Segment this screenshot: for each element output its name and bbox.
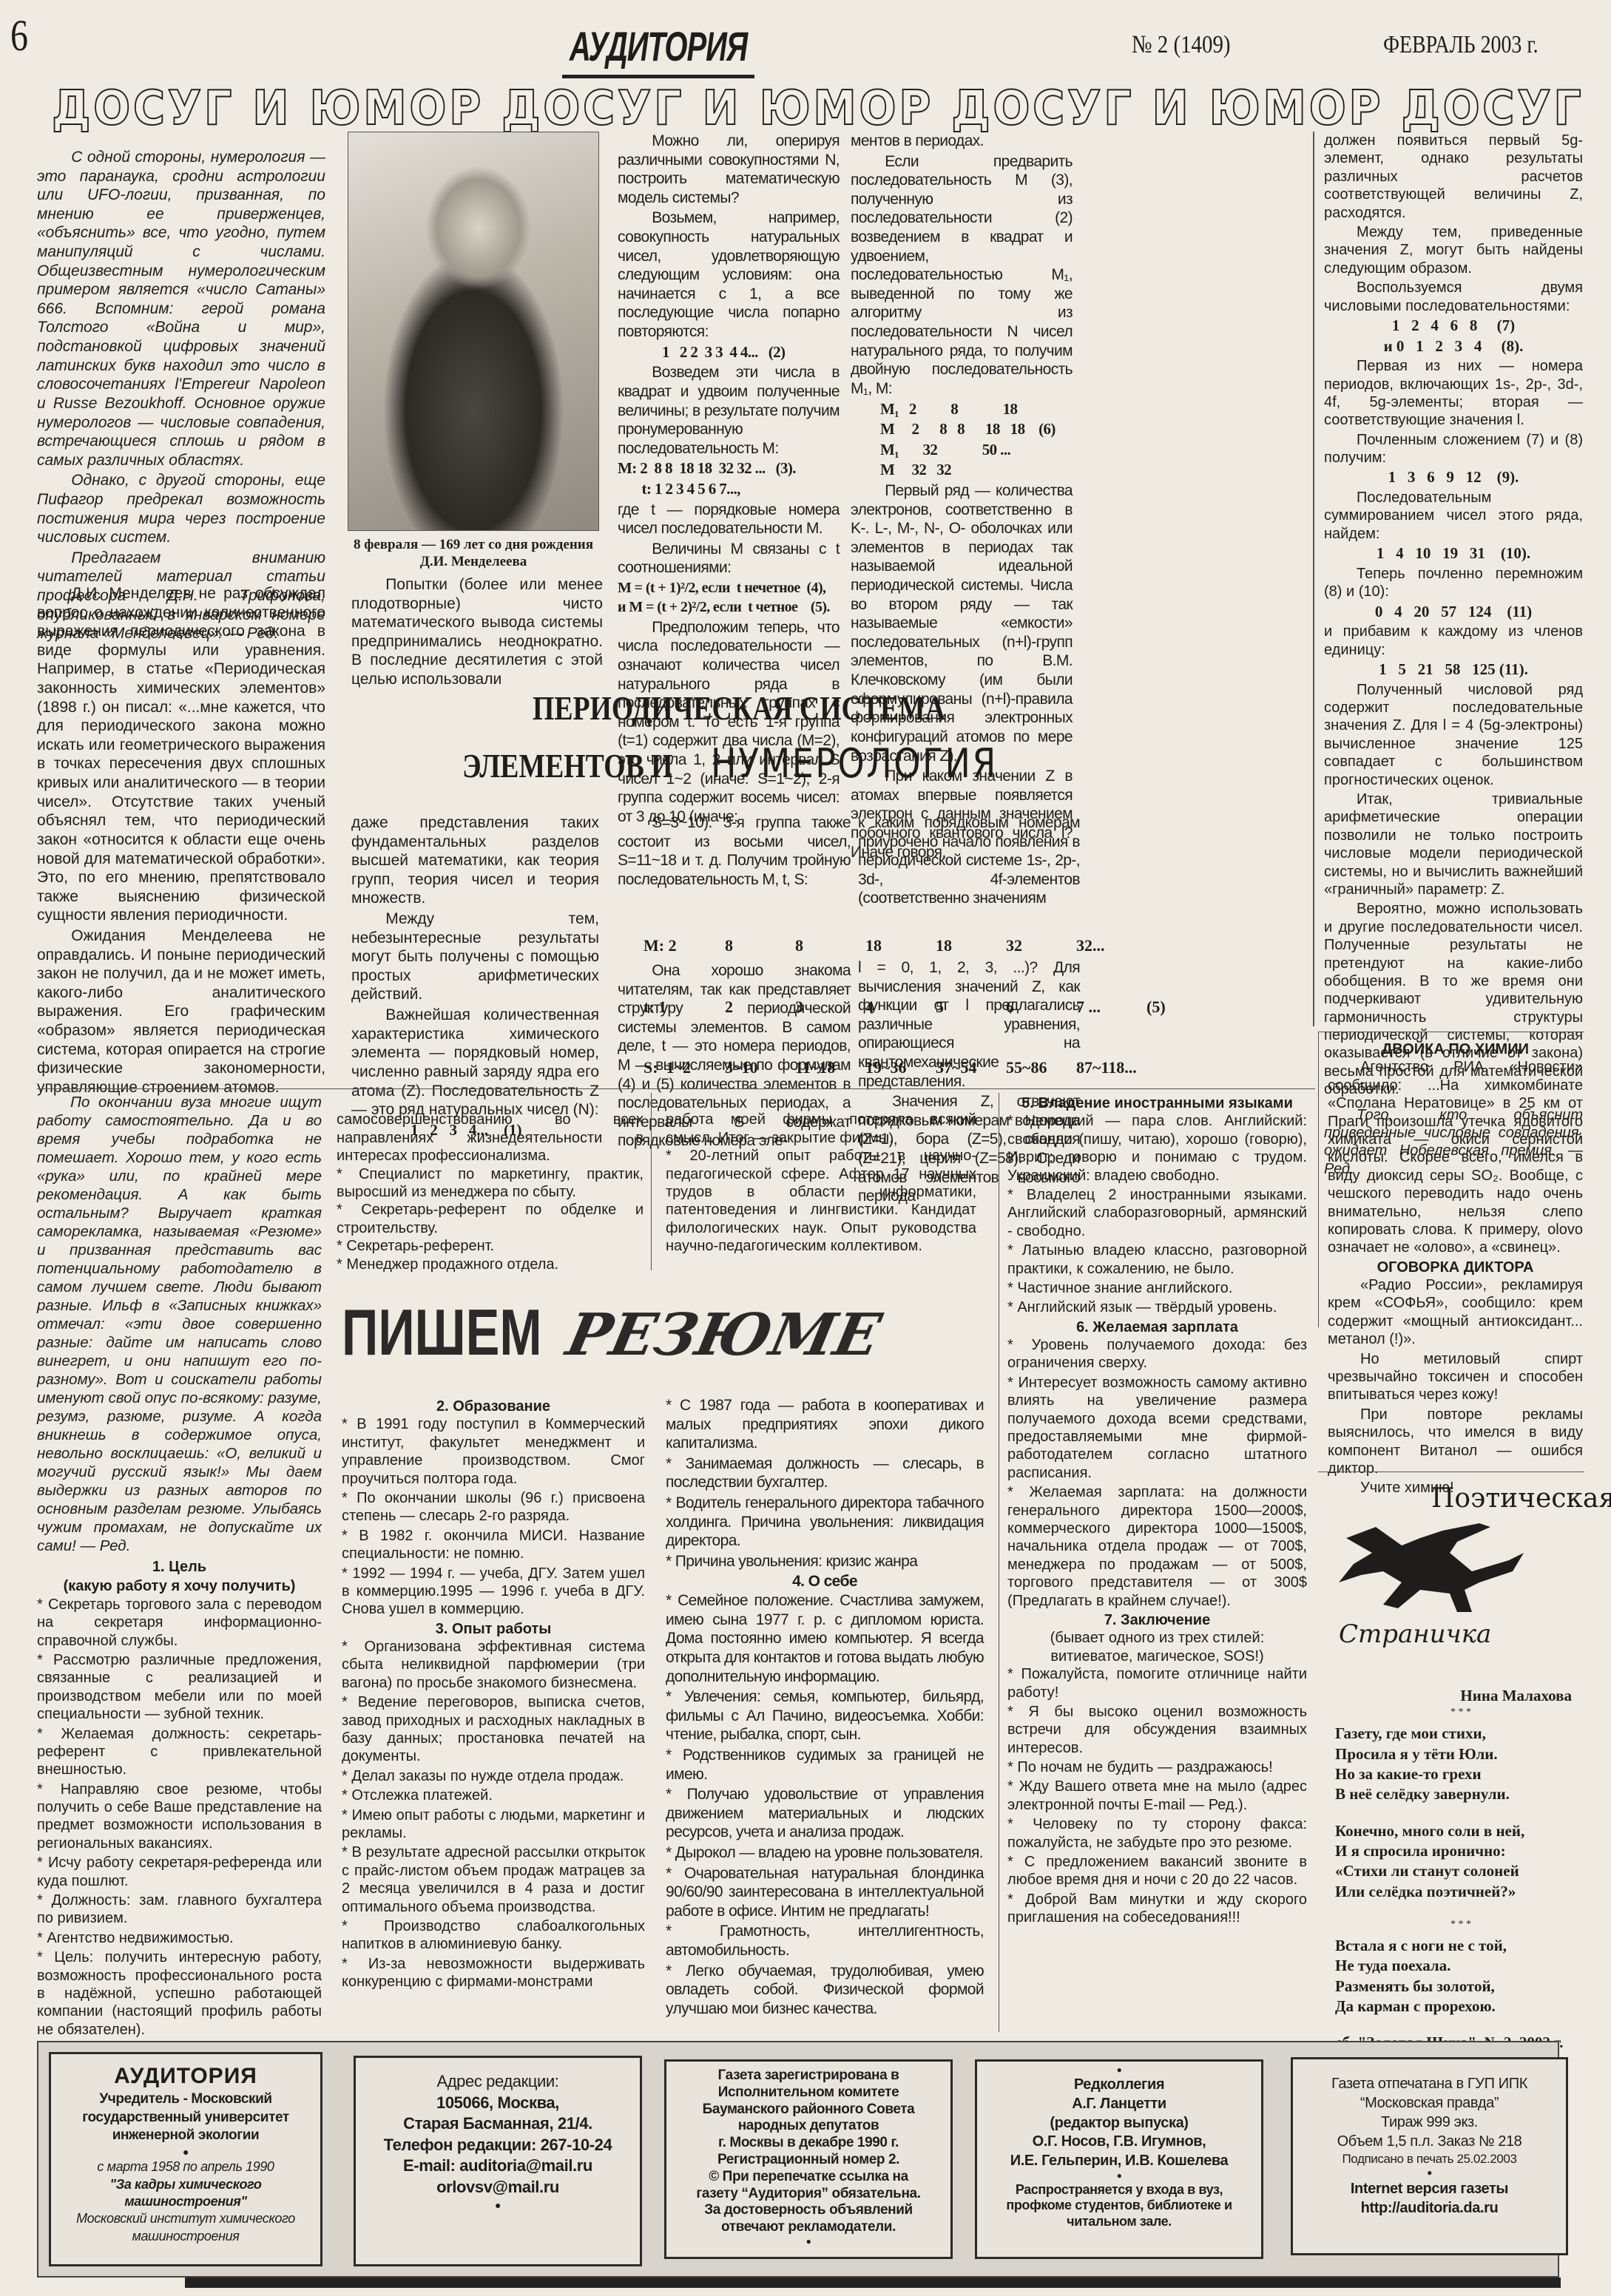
paragraph: Между тем, небезынтересные результаты мо…	[351, 910, 599, 1004]
paragraph: где t — порядковые номера чисел последов…	[618, 501, 840, 538]
cell: 8	[795, 935, 865, 956]
registration-line: г. Москвы в декабре 1990 г.	[671, 2135, 946, 2152]
resume-top-strip-col2: самосовершенствованию во всех направлени…	[337, 1093, 644, 1293]
list-item: * Из-за невозможности выдерживать конкур…	[342, 1955, 645, 1991]
list-item: * Ведение переговоров, выписка счетов, з…	[342, 1693, 645, 1766]
registration-line: отвечают рекламодатели.	[671, 2219, 946, 2236]
poem: Нина Малахова * * * Газету, где мои стих…	[1335, 1686, 1587, 2053]
list-item: * Организована эффективная система сбыта…	[342, 1638, 645, 1692]
list-item: * По окончании школы (96 г.) присвоена с…	[342, 1489, 645, 1525]
cell: (5)	[1146, 997, 1191, 1017]
resume-col-4: 5. Владение иностранными языками * Немец…	[1007, 1093, 1307, 1928]
bullet-dot: ●	[982, 2170, 1257, 2181]
paragraph: Д.И. Менделеев не раз обсуждал вопрос о …	[37, 584, 325, 925]
sidebar-title: ДВОЙКА ПО ХИМИИ	[1328, 1040, 1583, 1058]
paragraph: «Радио России», рекламируя крем «СОФЬЯ»,…	[1328, 1276, 1583, 1349]
list-item: * Дырокол — владею на уровне пользовател…	[666, 1843, 984, 1863]
under-photo-text: Попытки (более или менее плодотворные) ч…	[351, 575, 603, 691]
section-title: 7. Заключение	[1007, 1611, 1307, 1629]
address-street: Старая Басманная, 21/4.	[360, 2113, 635, 2135]
list-item: * С предложением вакансий звоните в любо…	[1007, 1853, 1307, 1889]
sidebar-divider	[1318, 1472, 1584, 1472]
paragraph: к каким порядковым номерам приурочено на…	[858, 813, 1080, 908]
poem-line: Но за какие-то грехи	[1335, 1764, 1587, 1784]
paragraph: Воспользуемся двумя числовыми последоват…	[1324, 279, 1583, 315]
cell: 18	[936, 935, 1006, 956]
paragraph: Полученный числовой ряд содержит последо…	[1324, 681, 1583, 789]
poetry-logo-text: Страничка	[1339, 1619, 1491, 1649]
article-lower-col-4: к каким порядковым номерам приурочено на…	[858, 813, 1080, 910]
distribution-note: Распространяется у входа в вуз, профкоме…	[982, 2182, 1257, 2230]
list-item: * Пожалуйста, помогите отличнице найти р…	[1007, 1665, 1307, 1701]
printer-name: “Московская правда”	[1297, 2093, 1561, 2113]
list-item: * Я бы высоко оценил возможность встречи…	[1007, 1703, 1307, 1757]
article-headline-line1: ПЕРИОДИЧЕСКАЯ СИСТЕМА	[533, 688, 945, 729]
section-title: 2. Образование	[342, 1398, 645, 1415]
registration-line: Регистрационный номер 2.	[671, 2152, 946, 2169]
volume-order: Объем 1,5 п.л. Заказ № 218	[1297, 2132, 1561, 2151]
headline-handwritten: НУМЕРОЛОГИЯ	[711, 739, 998, 788]
list-item: * Частичное знание английского.	[1007, 1279, 1307, 1297]
list-item: * Имею опыт работы с людьми, маркетинг и…	[342, 1806, 645, 1843]
formula-8: и 0 1 2 3 4 (8).	[1324, 337, 1583, 356]
circulation: Тираж 999 экз.	[1297, 2113, 1561, 2132]
resume-divider	[999, 1093, 999, 2032]
website-link[interactable]: http://auditoria.da.ru	[1297, 2198, 1561, 2218]
registration-line: газету “Аудитория” обязательна.	[671, 2186, 946, 2203]
paragraph: Теперь почленно перемножим (8) и (10):	[1324, 565, 1583, 601]
headline-part: ЭЛЕМЕНТОВ И	[462, 745, 663, 787]
poem-line: Встала я с ноги не с той,	[1335, 1936, 1587, 1956]
paragraph: ментов в периодах.	[851, 132, 1073, 151]
list-item: * Родственников судимых за границей не и…	[666, 1746, 984, 1784]
column-divider	[1313, 132, 1314, 1026]
list-item: * Секретарь торгового зала с переводом н…	[37, 1596, 322, 1650]
article-column-1: Д.И. Менделеев не раз обсуждал вопрос о …	[37, 584, 325, 1098]
internet-label: Internet версия газеты	[1297, 2179, 1561, 2198]
paragraph: Возьмем, например, совокупность натураль…	[618, 209, 840, 341]
registration-line: За достоверность объявлений	[671, 2202, 946, 2219]
cell: 87~118...	[1076, 1057, 1165, 1078]
board-editor: А.Г. Ланцетти	[982, 2095, 1257, 2114]
paragraph: Можно ли, оперируя различными совокупнос…	[618, 132, 840, 207]
formula-6-row: M₁ 32 50 ...	[851, 441, 1073, 460]
editorial-email-link[interactable]: E-mail: auditoria@mail.ru	[360, 2156, 635, 2177]
section-title: 4. О себе	[666, 1572, 984, 1591]
section-title: 3. Опыт работы	[342, 1620, 645, 1638]
list-item: * Получаю удовольствие от управления дви…	[666, 1785, 984, 1842]
board-members: И.Е. Гельперин, И.В. Кошелева	[982, 2152, 1257, 2171]
editorial-email-link[interactable]: orlovsv@mail.ru	[360, 2177, 635, 2198]
list-item: * В 1991 году поступил в Коммерческий ин…	[342, 1415, 645, 1488]
printed-by: Газета отпечатана в ГУП ИПК	[1297, 2074, 1561, 2093]
bullet-dot: ●	[360, 2198, 635, 2212]
registration-line: Бауманского районного Совета	[671, 2102, 946, 2119]
article-column-5: должен появиться первый 5g-элемент, одна…	[1324, 132, 1583, 1179]
paragraph: самосовершенствованию во всех направлени…	[337, 1111, 644, 1273]
paragraph: Попытки (более или менее плодотворные) ч…	[351, 575, 603, 689]
list-item: * Уровень получаемого дохода: без ограни…	[1007, 1336, 1307, 1372]
formula-11: 0 4 20 57 124 (11)	[1324, 603, 1583, 622]
logo-text: АУДИТОРИЯ	[562, 22, 754, 72]
sidebar-title: ОГОВОРКА ДИКТОРА	[1328, 1259, 1583, 1276]
list-item: * Легко обучаемая, трудолюбивая, умею ов…	[666, 1962, 984, 2019]
poem-line: Просила я у тёти Юли.	[1335, 1744, 1587, 1764]
poem-line: Конечно, много соли в ней,	[1335, 1821, 1587, 1841]
paragraph: работа моей фирмы потеряла всякий смысл.…	[666, 1111, 976, 1255]
paragraph: Между тем, приведенные значения Z, могут…	[1324, 223, 1583, 277]
list-item: * По ночам не будить — раздражаюсь!	[1007, 1758, 1307, 1776]
bullet-dot: ●	[671, 2236, 946, 2246]
issue-number: № 2 (1409)	[1132, 30, 1231, 60]
board-label: Редколлегия	[982, 2076, 1257, 2095]
article-headline-line2: ЭЛЕМЕНТОВ И НУМЕРОЛОГИЯ	[462, 739, 1048, 788]
poem-line: Разменять бы золотой,	[1335, 1977, 1587, 1997]
formula-3: М: 2 8 8 18 18 32 32 ... (3).	[618, 459, 840, 478]
cell: 32...	[1076, 935, 1146, 956]
list-item: * Водитель генерального директора табачн…	[666, 1494, 984, 1551]
poetry-logo: Поэтическая Страничка	[1331, 1479, 1590, 1656]
paragraph: Последовательным суммированием чисел это…	[1324, 489, 1583, 543]
list-item: * Отслежка платежей.	[342, 1787, 645, 1804]
cell: 7 ...	[1076, 997, 1146, 1017]
formula-3-index: t: 1 2 3 4 5 6 7...,	[618, 480, 840, 499]
poem-author: Нина Малахова	[1335, 1686, 1587, 1706]
formula-9: 1 3 6 9 12 (9).	[1324, 468, 1583, 487]
list-item: * С 1987 года — работа в кооперативах и …	[666, 1396, 984, 1453]
formula-11b: 1 5 21 58 125 (11).	[1324, 660, 1583, 680]
list-item: * Очаровательная натуральная блондинка 9…	[666, 1864, 984, 1921]
list-item: * Делал заказы по нужде отдела продаж.	[342, 1767, 645, 1785]
list-item: * Латынью владею классно, разговорной пр…	[1007, 1242, 1307, 1278]
chemistry-sidebar-text: ДВОЙКА ПО ХИМИИ Агентство РИА «Новости» …	[1328, 1039, 1583, 1499]
formula-2: 1 2 2 3 3 4 4... (2)	[618, 343, 840, 362]
poem-line: И я спросила иронично:	[1335, 1841, 1587, 1861]
board-editor-role: (редактор выпуска)	[982, 2114, 1257, 2133]
list-item: * Грамотность, интеллигентность, автомоб…	[666, 1922, 984, 1960]
editorial-phone: Телефон редакции: 267-10-24	[360, 2135, 635, 2156]
imprint-former-name: "За кадры химического машиностроения"	[55, 2176, 316, 2211]
registration-line: Газета зарегистрирована в	[671, 2068, 946, 2085]
address-label: Адрес редакции:	[360, 2071, 635, 2093]
section-title: 6. Желаемая зарплата	[1007, 1318, 1307, 1336]
newspaper-logo: АУДИТОРИЯ	[562, 22, 754, 78]
intro-paragraph: Однако, с другой стороны, еще Пифагор пр…	[37, 471, 325, 546]
paragraph: l = 0, 1, 2, 3, ...)? Для вычисления зна…	[858, 958, 1080, 1091]
list-item: * В результате адресной рассылки открыто…	[342, 1843, 645, 1916]
seq-row-M: M: 2 8 8 18 18 32 32...	[644, 935, 1191, 956]
board-members: О.Г. Носов, Г.В. Игумнов,	[982, 2133, 1257, 2152]
formula-7: 1 2 4 6 8 (7)	[1324, 316, 1583, 336]
paragraph: даже представления таких фундаментальных…	[351, 813, 599, 908]
imprint-box-address: Адрес редакции: 105066, Москва, Старая Б…	[354, 2056, 642, 2266]
poem-line: Да карман с прорехою.	[1335, 1997, 1587, 2016]
paragraph: Если предварить последовательность М (3)…	[851, 152, 1073, 399]
list-item: * 1992 — 1994 г. — учеба, ДГУ. Затем уше…	[342, 1565, 645, 1619]
cell: 8	[725, 935, 795, 956]
paragraph: должен появиться первый 5g-элемент, одна…	[1324, 132, 1583, 222]
list-item: * Доброй Вам минутки и жду скорого пригл…	[1007, 1891, 1307, 1927]
list-item: * Исчу работу секретаря-референда или ку…	[37, 1854, 322, 1890]
caption-line: 8 февраля — 169 лет со дня рождения	[348, 537, 599, 554]
section-title: 1. Цель	[37, 1558, 322, 1576]
paragraph: Итак, тривиальные арифметические операци…	[1324, 790, 1583, 898]
list-item: * Интересует возможность самому активно …	[1007, 1374, 1307, 1482]
imprint-dates: с марта 1958 по апрель 1990	[55, 2158, 316, 2175]
paragraph: Агентство РИА «Новости» сообщило: ...На …	[1328, 1058, 1583, 1256]
formula-6-row: M 32 32	[851, 461, 1073, 480]
list-item: * Увлечения: семья, компьютер, бильярд, …	[666, 1687, 984, 1744]
paragraph: и прибавим к каждому из членов единицу:	[1324, 623, 1583, 659]
intro-paragraph: С одной стороны, нумерология — это паран…	[37, 148, 325, 470]
imprint-former-org: Московский институт химического машиност…	[55, 2210, 316, 2245]
cell: M: 2	[644, 935, 725, 956]
page-number: 6	[10, 9, 28, 63]
headline-part: ПИШЕМ	[342, 1293, 515, 1372]
resume-top-strip-col3: работа моей фирмы потеряла всякий смысл.…	[666, 1093, 976, 1275]
paragraph: Величины М связаны с t соотношениями:	[618, 540, 840, 578]
list-item: * Агентство недвижимостью.	[37, 1929, 322, 1947]
address-index: 105066, Москва,	[360, 2093, 635, 2114]
poem-separator: * * *	[1335, 1706, 1587, 1719]
list-item: * Жду Вашего ответа мне на мыло (адрес э…	[1007, 1778, 1307, 1814]
logo-underline	[562, 75, 754, 78]
signed-date: Подписано в печать 25.02.2003	[1297, 2151, 1561, 2167]
resume-divider	[651, 1093, 652, 1270]
list-item: * Рассмотрю различные предложения, связа…	[37, 1651, 322, 1724]
article-lower-col-2: даже представления таких фундаментальных…	[351, 813, 599, 1141]
list-item: * Семейное положение. Счастлива замужем,…	[666, 1591, 984, 1686]
poem-line: Газету, где мои стихи,	[1335, 1724, 1587, 1744]
poem-line: «Стихи ли станут солоней	[1335, 1861, 1587, 1881]
bullet-dot: ●	[55, 2145, 316, 2158]
resume-intro: По окончании вуза многие ищут работу сам…	[37, 1093, 322, 1557]
issue-date: ФЕВРАЛЬ 2003 г.	[1383, 30, 1539, 60]
list-item: * Должность: зам. главного бухгалтера по…	[37, 1892, 322, 1928]
stanza: Конечно, много соли в ней, И я спросила …	[1335, 1821, 1587, 1902]
poetry-logo-line2: Страничка	[1339, 1619, 1491, 1650]
list-item: * Немецкий — пара слов. Английский: своб…	[1007, 1112, 1307, 1185]
registration-line: © При перепечатке ссылка на	[671, 2169, 946, 2186]
photo-caption: 8 февраля — 169 лет со дня рождения Д.И.…	[348, 537, 599, 571]
pegasus-rider-icon	[1331, 1508, 1553, 1619]
list-item: * Английский язык — твёрдый уровень.	[1007, 1298, 1307, 1316]
resume-col-3: * С 1987 года — работа в кооперативах и …	[666, 1396, 984, 2020]
intro-column: С одной стороны, нумерология — это паран…	[37, 148, 325, 645]
list-item: * Производство слабоалкогольных напитков…	[342, 1917, 645, 1954]
paragraph: При повторе рекламы выяснилось, что имел…	[1328, 1406, 1583, 1478]
resume-col-2: 2. Образование * В 1991 году поступил в …	[342, 1396, 645, 1993]
poem-line: Не туда поехала.	[1335, 1956, 1587, 1976]
headline-script: РЕЗЮМЕ	[561, 1300, 887, 1370]
list-item: * В 1982 г. окончила МИСИ. Название спец…	[342, 1527, 645, 1563]
imprint-shadow	[185, 2278, 1561, 2288]
resume-headline: ПИШЕМ РЕЗЮМЕ	[342, 1293, 879, 1372]
poem-line: Или селёдка поэтичней?»	[1335, 1882, 1587, 1902]
list-item: * Направляю свое резюме, чтобы получить …	[37, 1781, 322, 1853]
stanza: Встала я с ноги не с той, Не туда поехал…	[1335, 1936, 1587, 2016]
paragraph: S=3~10). 3-я группа также состоит из вос…	[618, 813, 851, 889]
list-item: * Занимаемая должность — слесарь, в посл…	[666, 1455, 984, 1492]
formula-10: 1 4 10 19 31 (10).	[1324, 544, 1583, 563]
paragraph: По окончании вуза многие ищут работу сам…	[37, 1093, 322, 1555]
formula-5: и M = (t + 2)²/2, если t четное (5).	[618, 598, 840, 616]
caption-line: Д.И. Менделеева	[348, 554, 599, 571]
paragraph: Почленным сложением (7) и (8) получим:	[1324, 431, 1583, 467]
registration-line: народных депутатов	[671, 2118, 946, 2135]
cell: 18	[865, 935, 936, 956]
poem-separator: * * *	[1335, 1918, 1587, 1931]
list-item: * Владелец 2 иностранными языками. Англи…	[1007, 1186, 1307, 1240]
list-item: * Цель: получить интересную работу, возм…	[37, 1948, 322, 2039]
bullet-dot: ●	[982, 2065, 1257, 2076]
section-subtitle: (какую работу я хочу получить)	[37, 1577, 322, 1595]
mendeleev-portrait	[348, 132, 599, 531]
registration-line: Исполнительном комитете	[671, 2085, 946, 2102]
section-divider	[37, 1088, 1315, 1089]
formula-6-row: M₁ 2 8 18	[851, 400, 1073, 419]
paragraph: Но метиловый спирт чрезвычайно токсичен …	[1328, 1350, 1583, 1404]
cell: 32	[1006, 935, 1076, 956]
rubric-banner: ДОСУГ И ЮМОР ДОСУГ И ЮМОР ДОСУГ И ЮМОР Д…	[52, 80, 1584, 138]
imprint-box-editorial-board: ● Редколлегия А.Г. Ланцетти (редактор вы…	[975, 2059, 1263, 2259]
paragraph: Ожидания Менделеева не оправдались. И по…	[37, 927, 325, 1097]
list-item: * Желаемая зарплата: на должности генера…	[1007, 1483, 1307, 1610]
poem-line: В неё селёдку завернули.	[1335, 1784, 1587, 1804]
imprint-box-printing: Газета отпечатана в ГУП ИПК “Московская …	[1291, 2057, 1568, 2255]
formula-4: M = (t + 1)²/2, если t нечетное (4),	[618, 579, 840, 597]
section-title: 5. Владение иностранными языками	[1007, 1094, 1307, 1112]
imprint-title: АУДИТОРИЯ	[55, 2062, 316, 2090]
resume-col-1: 1. Цель (какую работу я хочу получить) *…	[37, 1557, 322, 2060]
paragraph: Первая из них — номера периодов, включаю…	[1324, 357, 1583, 430]
imprint-box-registration: Газета зарегистрирована в Исполнительном…	[664, 2059, 953, 2259]
bullet-dot: ●	[1297, 2167, 1561, 2179]
list-item: * Причина увольнения: кризис жанра	[666, 1552, 984, 1571]
section-subtitle: (бывает одного из трех стилей: витиевато…	[1007, 1629, 1307, 1665]
list-item: * Человеку по ту сторону факса: пожалуйс…	[1007, 1815, 1307, 1852]
imprint-box-founder: АУДИТОРИЯ Учредитель - Московский госуда…	[49, 2052, 322, 2266]
stanza: Газету, где мои стихи, Просила я у тёти …	[1335, 1724, 1587, 1804]
list-item: * Желаемая должность: секретарь-референт…	[37, 1725, 322, 1779]
paragraph: Возведем эти числа в квадрат и удвоим по…	[618, 363, 840, 458]
article-lower-col-3: S=3~10). 3-я группа также состоит из вос…	[618, 813, 851, 890]
imprint-founder: Учредитель - Московский государственный …	[55, 2090, 316, 2145]
formula-6-row: M 2 8 8 18 18 (6)	[851, 420, 1073, 439]
